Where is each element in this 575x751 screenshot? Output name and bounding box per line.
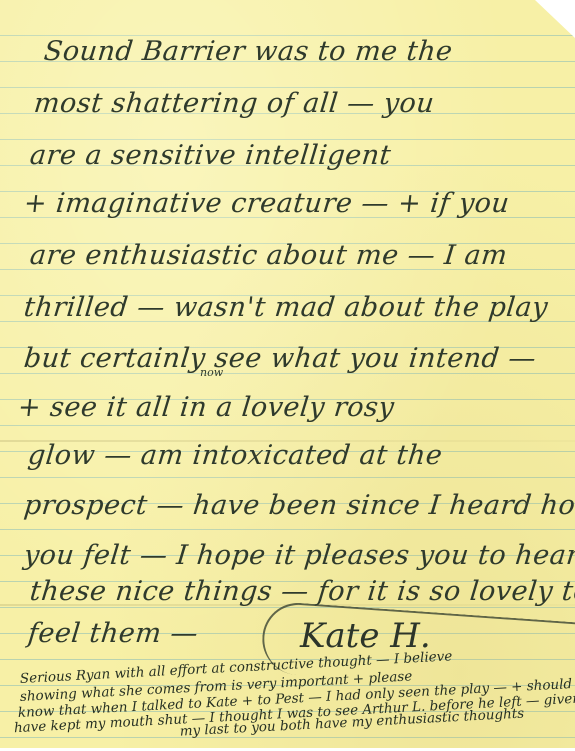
letter-page: Sound Barrier was to me the most shatter… (0, 0, 575, 748)
letter-line: are enthusiastic about me — I am (0, 240, 575, 271)
letter-line: these nice things — for it is so lovely … (0, 576, 575, 607)
interlinear-insert: now (200, 366, 223, 379)
letter-line: most shattering of all — you (0, 88, 575, 119)
letter-line: but certainly see what you intend — (0, 343, 575, 374)
letter-line: Sound Barrier was to me the (0, 36, 575, 67)
letter-line: + imaginative creature — + if you (0, 188, 575, 219)
letter-line: prospect — have been since I heard how (0, 490, 575, 521)
letter-line: + see it all in a lovely rosy (0, 392, 575, 423)
letter-line: are a sensitive intelligent (0, 140, 575, 171)
letter-line: glow — am intoxicated at the (0, 440, 575, 471)
letter-line: you felt — I hope it pleases you to hear… (0, 540, 575, 571)
letter-line: thrilled — wasn't mad about the play (0, 292, 575, 323)
